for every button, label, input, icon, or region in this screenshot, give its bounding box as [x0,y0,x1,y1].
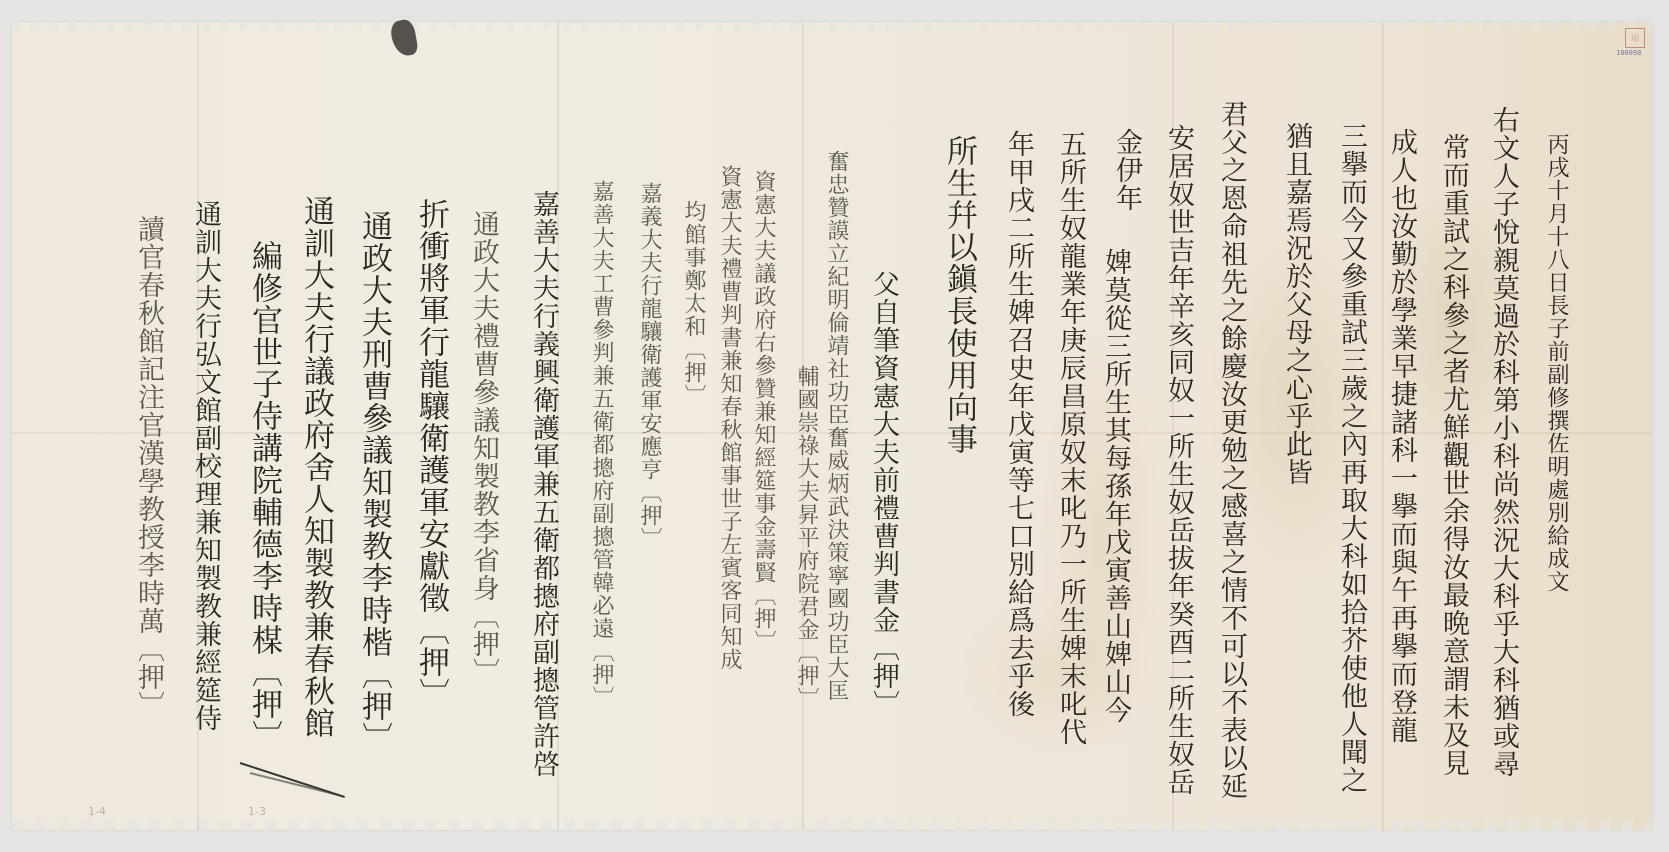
text-column: 五所生奴龍業年庚辰昌原奴末叱乃一所生婢末叱代 [1057,130,1084,746]
text-column: 三擧而今又參重試三歲之內再取大科如拾芥使他人聞之 [1338,122,1365,794]
official-column: 讀官春秋館記注官漢學教授李時萬〔押〕 [135,215,162,719]
official-column: 嘉善大夫行義興衛護軍兼五衛都摠府副摠管許啓 [530,190,557,778]
text-column: 金伊年 [1113,128,1140,212]
official-column: 嘉善大夫工曹參判兼五衛都摠府副摠管韓必遠〔押〕 [590,180,612,709]
official-column: 資憲大夫議政府右參贊兼知經筵事金壽賢〔押〕 [752,170,774,653]
official-column: 通政大夫禮曹參議知製教李省身〔押〕 [470,210,497,686]
official-column: 資憲大夫禮曹判書兼知春秋館事世子左賓客同知成 [718,165,740,671]
torn-bottom-edge [12,820,1652,834]
text-column: 猶且嘉焉況於父母之心乎此皆 [1283,122,1310,486]
official-column: 奮忠贊謨立紀明倫靖社功臣奮威炳武決策寧國功臣大匡 [825,150,847,702]
official-column: 通訓大夫行議政府舍人知製教兼春秋館 [300,195,331,739]
text-column: 所生幷以鎭長使用向事 [943,135,974,455]
collection-seal: 印 [1625,28,1645,48]
official-column: 折衝將軍行龍驤衛護軍安獻徵〔押〕 [415,198,446,710]
catalog-number: 100098 [1616,49,1641,57]
torn-top-edge [12,18,1652,30]
official-column: 均館事鄭太和〔押〕 [682,200,704,407]
text-column: 常而重試之科參之者尤鮮觀世余得汝最晩意謂未及見 [1440,133,1467,777]
fold-line [1382,22,1384,830]
signature-column: 父自筆資憲大夫前禮曹判書金〔押〕 [870,270,897,718]
text-column: 婢莫從三所生其每孫年戊寅善山婢山今 [1102,248,1129,724]
text-column: 右文人子悅親莫過於科第小科尚然況大科乎大科猶或尋 [1490,106,1517,778]
pencil-mark: 1-4 [88,805,106,818]
text-column: 成人也汝勤於學業早捷諸科一擧而與午再擧而登龍 [1388,128,1415,744]
text-column: 安居奴世吉年辛亥同奴一所生奴岳拔年癸酉二所生奴岳 [1165,124,1192,796]
official-column: 編修官世子侍講院輔德李時楳〔押〕 [248,240,279,752]
official-column: 通政大夫刑曹參議知製教李時楷〔押〕 [358,210,389,754]
pencil-mark: 1-3 [248,805,266,818]
text-column: 年甲戌二所生婢召史年戊寅等七口別給爲去乎後 [1005,130,1032,718]
text-column: 君父之恩命祖先之餘慶汝更勉之感喜之情不可以不表以延 [1218,100,1245,800]
official-column: 通訓大夫行弘文館副校理兼知製教兼經筵侍 [192,200,219,732]
official-column: 嘉義大夫行龍驤衛護軍安應亨〔押〕 [638,182,660,550]
official-column: 輔國崇祿大夫昇平府院君金〔押〕 [795,365,817,710]
text-column: 丙戌十月十八日長子前副修撰佐明處別給成文 [1545,133,1567,593]
